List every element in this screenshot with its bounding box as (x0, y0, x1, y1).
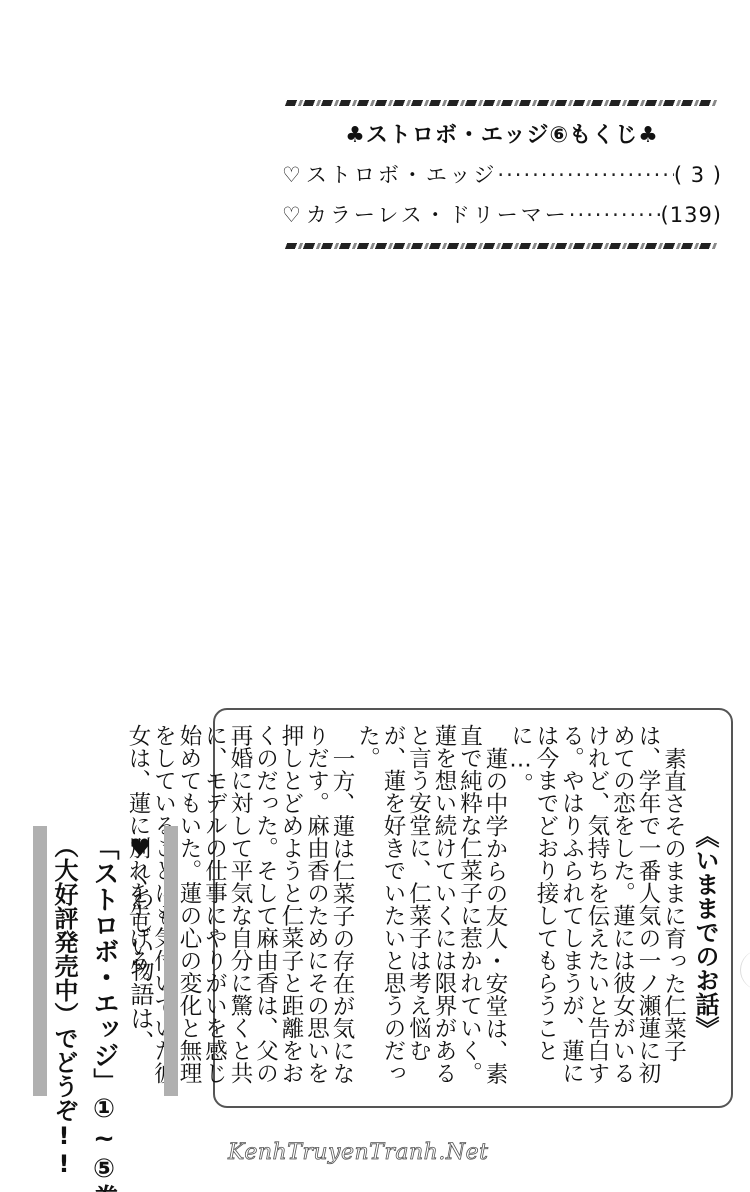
series-promo-banner: ♥くわしい物語は、 「ストロボ・エッジ」①~⑤巻 （大好評発売中）でどうぞ!! (33, 826, 178, 1096)
decorative-border-top (285, 100, 717, 106)
toc-entry-title: ストロボ・エッジ (306, 155, 498, 195)
story-summary-box: 《いままでのお話》 素直さそのままに育った仁菜子は、学年で一番人気の一ノ瀬蓮に初… (213, 708, 733, 1108)
summary-paragraph: 素直さそのままに育った仁菜子は、学年で一番人気の一ノ瀬蓮に初めての恋をした。蓮に… (507, 724, 686, 1096)
decorative-border-bottom (285, 243, 717, 249)
dot-leader (569, 195, 661, 235)
toc-entry-page: ( 3 ) (674, 155, 722, 195)
promo-line-3: （大好評発売中）でどうぞ!! (50, 834, 78, 1096)
watermark: KenhTruyenTranh.Net (228, 1140, 488, 1165)
dot-leader (497, 155, 673, 195)
heart-outline-icon: ♡ (282, 155, 304, 195)
toc-entry[interactable]: ♡ ストロボ・エッジ ( 3 ) (282, 155, 722, 195)
page-edge-mark (740, 950, 750, 990)
toc-entry-page: (139) (661, 195, 722, 235)
toc-title: ♣ストロボ・エッジ⑥もくじ♣ (282, 118, 722, 149)
promo-line-1: ♥くわしい物語は、 (126, 834, 154, 1096)
heart-outline-icon: ♡ (282, 195, 304, 235)
summary-text: 《いままでのお話》 素直さそのままに育った仁菜子は、学年で一番人気の一ノ瀬蓮に初… (125, 724, 718, 1096)
promo-line-2: 「ストロボ・エッジ」①~⑤巻 (90, 834, 118, 1096)
summary-paragraph: 蓮の中学からの友人・安堂は、素直で純粋な仁菜子に惹かれていく。蓮を想い続けていく… (354, 724, 507, 1096)
summary-heading: 《いままでのお話》 (692, 824, 718, 1096)
banner-stripe-right (164, 826, 178, 1096)
toc-entry-title: カラーレス・ドリーマー (306, 195, 569, 235)
table-of-contents: ♣ストロボ・エッジ⑥もくじ♣ ♡ ストロボ・エッジ ( 3 ) ♡ カラーレス・… (282, 100, 722, 249)
banner-stripe-left (33, 826, 47, 1096)
toc-entry[interactable]: ♡ カラーレス・ドリーマー (139) (282, 195, 722, 235)
